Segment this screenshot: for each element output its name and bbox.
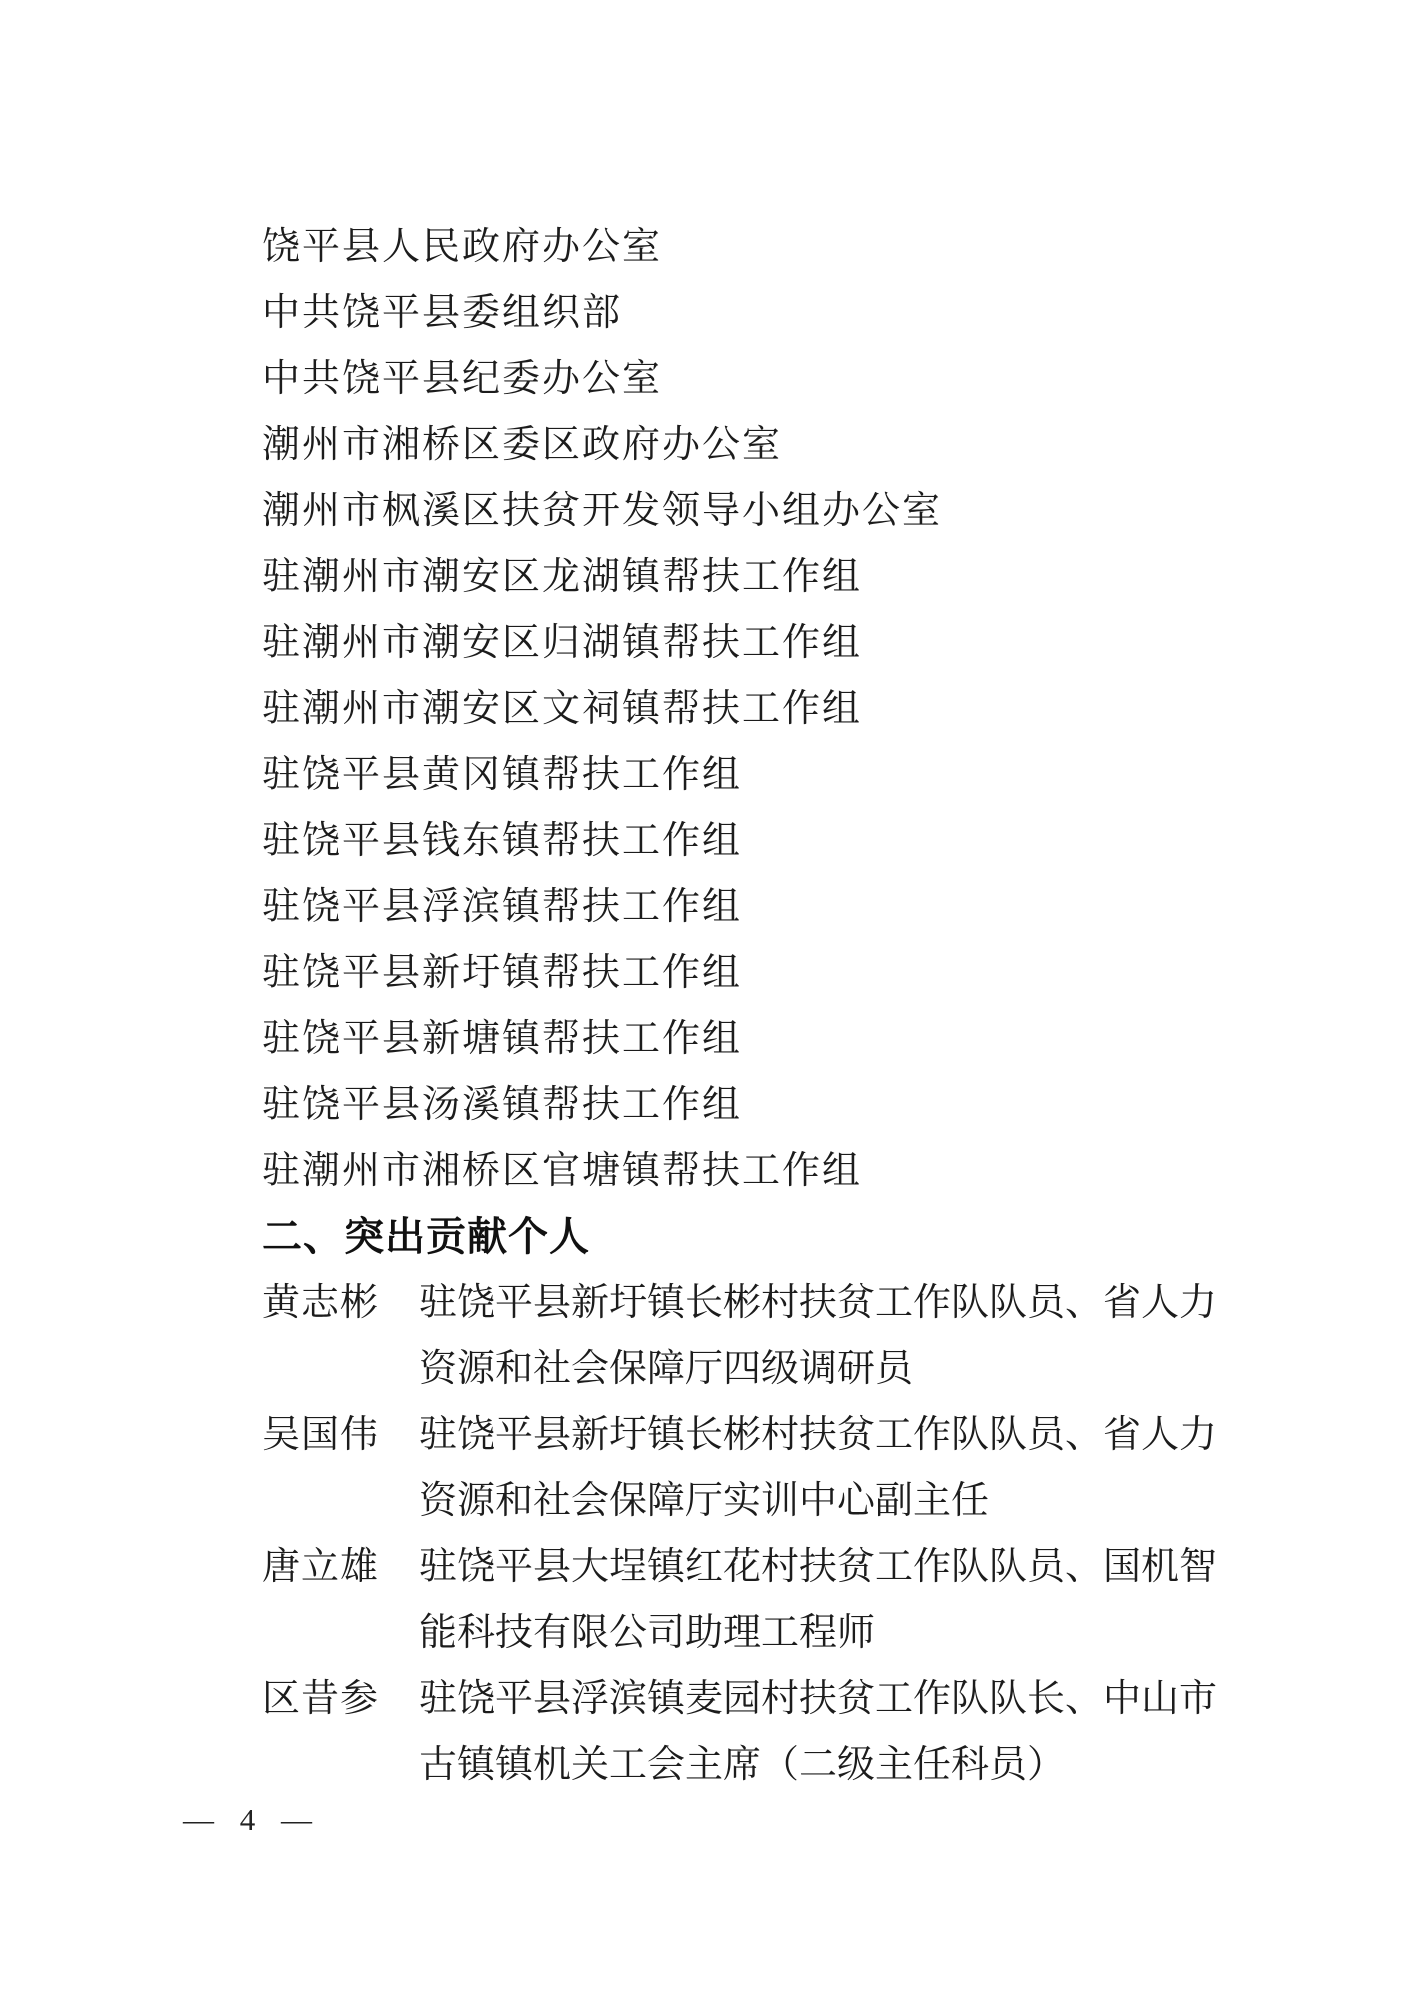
person-role-line-1: 驻饶平县新圩镇长彬村扶贫工作队队员、省人力 bbox=[419, 1270, 1217, 1336]
person-line-1: 区昔参 驻饶平县浮滨镇麦园村扶贫工作队队长、中山市 bbox=[262, 1666, 1217, 1732]
person-line-1: 黄志彬 驻饶平县新圩镇长彬村扶贫工作队队员、省人力 bbox=[262, 1270, 1217, 1336]
person-line-1: 吴国伟 驻饶平县新圩镇长彬村扶贫工作队队员、省人力 bbox=[262, 1402, 1217, 1468]
org-list-item: 驻潮州市潮安区文祠镇帮扶工作组 bbox=[262, 676, 1217, 742]
document-page: 饶平县人民政府办公室 中共饶平县委组织部 中共饶平县纪委办公室 潮州市湘桥区委区… bbox=[0, 0, 1410, 1995]
person-name: 吴国伟 bbox=[262, 1402, 419, 1468]
person-role-line-2: 资源和社会保障厅四级调研员 bbox=[419, 1336, 1217, 1402]
person-name: 区昔参 bbox=[262, 1666, 419, 1732]
org-list-item: 潮州市湘桥区委区政府办公室 bbox=[262, 412, 1217, 478]
org-list-item: 中共饶平县委组织部 bbox=[262, 280, 1217, 346]
org-list-item: 驻饶平县新圩镇帮扶工作组 bbox=[262, 940, 1217, 1006]
org-list-item: 驻饶平县新塘镇帮扶工作组 bbox=[262, 1006, 1217, 1072]
person-name: 唐立雄 bbox=[262, 1534, 419, 1600]
person-role-line-2: 能科技有限公司助理工程师 bbox=[419, 1600, 1217, 1666]
org-list-item: 驻潮州市湘桥区官塘镇帮扶工作组 bbox=[262, 1138, 1217, 1204]
person-role-line-2: 资源和社会保障厅实训中心副主任 bbox=[419, 1468, 1217, 1534]
person-entry: 吴国伟 驻饶平县新圩镇长彬村扶贫工作队队员、省人力 资源和社会保障厅实训中心副主… bbox=[262, 1402, 1217, 1534]
org-list-item: 驻潮州市潮安区归湖镇帮扶工作组 bbox=[262, 610, 1217, 676]
org-list-item: 驻饶平县浮滨镇帮扶工作组 bbox=[262, 874, 1217, 940]
person-entry: 黄志彬 驻饶平县新圩镇长彬村扶贫工作队队员、省人力 资源和社会保障厅四级调研员 bbox=[262, 1270, 1217, 1402]
person-name: 黄志彬 bbox=[262, 1270, 419, 1336]
org-list-item: 潮州市枫溪区扶贫开发领导小组办公室 bbox=[262, 478, 1217, 544]
person-entry: 区昔参 驻饶平县浮滨镇麦园村扶贫工作队队长、中山市 古镇镇机关工会主席（二级主任… bbox=[262, 1666, 1217, 1798]
person-entry: 唐立雄 驻饶平县大埕镇红花村扶贫工作队队员、国机智 能科技有限公司助理工程师 bbox=[262, 1534, 1217, 1666]
org-list-item: 驻饶平县黄冈镇帮扶工作组 bbox=[262, 742, 1217, 808]
person-line-1: 唐立雄 驻饶平县大埕镇红花村扶贫工作队队员、国机智 bbox=[262, 1534, 1217, 1600]
org-list-item: 饶平县人民政府办公室 bbox=[262, 214, 1217, 280]
person-role-line-2: 古镇镇机关工会主席（二级主任科员） bbox=[419, 1732, 1217, 1798]
person-role-line-1: 驻饶平县浮滨镇麦园村扶贫工作队队长、中山市 bbox=[419, 1666, 1217, 1732]
page-number: — 4 — bbox=[183, 1796, 312, 1844]
org-list-item: 驻饶平县汤溪镇帮扶工作组 bbox=[262, 1072, 1217, 1138]
document-content: 饶平县人民政府办公室 中共饶平县委组织部 中共饶平县纪委办公室 潮州市湘桥区委区… bbox=[262, 214, 1217, 1798]
person-role-line-1: 驻饶平县大埕镇红花村扶贫工作队队员、国机智 bbox=[419, 1534, 1217, 1600]
org-list-item: 驻潮州市潮安区龙湖镇帮扶工作组 bbox=[262, 544, 1217, 610]
section-heading: 二、突出贡献个人 bbox=[262, 1204, 1217, 1270]
org-list-item: 中共饶平县纪委办公室 bbox=[262, 346, 1217, 412]
person-role-line-1: 驻饶平县新圩镇长彬村扶贫工作队队员、省人力 bbox=[419, 1402, 1217, 1468]
org-list: 饶平县人民政府办公室 中共饶平县委组织部 中共饶平县纪委办公室 潮州市湘桥区委区… bbox=[262, 214, 1217, 1204]
org-list-item: 驻饶平县钱东镇帮扶工作组 bbox=[262, 808, 1217, 874]
people-list: 黄志彬 驻饶平县新圩镇长彬村扶贫工作队队员、省人力 资源和社会保障厅四级调研员 … bbox=[262, 1270, 1217, 1798]
